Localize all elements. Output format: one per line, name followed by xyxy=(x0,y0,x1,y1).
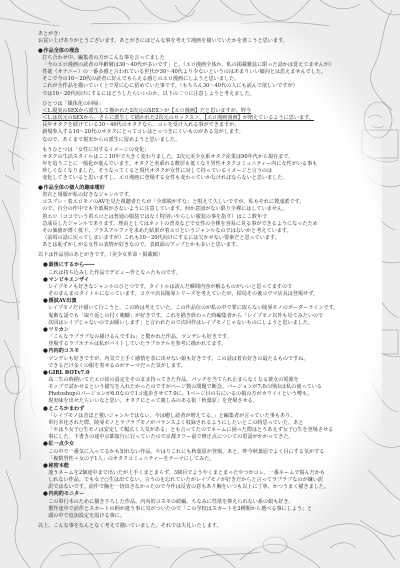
text-line: ひとつは「媒体化の回帰」 xyxy=(42,101,378,108)
work-body: 「レイプモノは昔ほど強いジャンルではない。今は癒し読者が増えてる。」と編集者が言… xyxy=(44,413,378,442)
work-title: ●内向的モニター xyxy=(43,491,378,498)
text-line: 「複数男性＋女の子1人」のオタクコミュニティーをテーマにしてみた。 xyxy=(48,456,378,463)
work-title: ●GIRL BOTv7.0 xyxy=(43,370,378,377)
bullet-icon: ● xyxy=(43,298,48,304)
text-line: 急成長したジャンルであります。理由としてはネットの普及などで女性の全裸を容易に見… xyxy=(42,221,378,228)
text-line: あとは恥ずかしがる女性の表情が好きなので、表紙面のアップとかも多いと思います。 xyxy=(42,242,378,249)
text-line: 変化してきていると思いますし、エロ漫画に登場する女性も変わっていかなければならな… xyxy=(42,175,378,182)
text-line: 現実味を出せたらいいなと思い、オタクにとって親しみのある街「秋葉原」を登場させる… xyxy=(48,398,378,405)
text-line: では10～20代向けにするにはどうしたらいいのか。以下の二つに注意しようと考えま… xyxy=(42,91,378,98)
section-preferences: ●作品全体の個人的趣味嗜好 着衣と規服が私の好きなジャンルです。 コスプレ・着エ… xyxy=(38,185,378,249)
work-title: ●内向的コスモ xyxy=(43,348,378,355)
closing-line: 以上、こんな事をなんとなく考えて描いていました。それでは失礼いたします。 xyxy=(38,523,378,530)
text-line: これは持ち込みした作品でデビュー作となったものです。 xyxy=(48,270,378,277)
work-body: レイプモノだけ描いて行こうと、この時は考えていた。この作品位のが私の中で罪に取ら… xyxy=(44,305,378,326)
work-title: ●マンビキエンザイ xyxy=(43,277,378,284)
text-line: そのまんまのタイトルになっています。コウマ店長陥辱シリーズを考えていたが、結局そ… xyxy=(48,291,378,298)
work-entry: ●秘密本能 違うネームを2個途中まで出いたが上手くまとまらず、3個目でようやくま… xyxy=(44,463,378,492)
afterword-thanks-line: お買い上げありがとうございます。あとがきにはどんな事を考えて漫画を描いていたかを… xyxy=(38,38,378,45)
work-entry: ●最後にするから―― これは持ち込みした作品でデビュー作となったものです。 xyxy=(44,262,378,276)
text-line: 事にした。下書きの途中京都旅行に行っていたので京都タワー前で修正点についての電話… xyxy=(48,434,378,441)
work-body: 違うネームを2個途中まで出いたが上手くまとまらず、3個目でようやくまとまったやつ… xyxy=(44,470,378,491)
bullet-icon: ● xyxy=(38,185,43,191)
section-title: 作品全体の個人的趣味嗜好 xyxy=(44,185,105,191)
work-entry: ●援試AV出演 レイプモノだけ描いて行こうと、この時は考えていた。この作品位のが… xyxy=(44,298,378,327)
bullet-icon: ● xyxy=(43,327,48,333)
text-line: 鬼畜な話でも「取り返しの付く範疇」が好きです。これを描き終わった時編集者から「レ… xyxy=(48,313,378,320)
text-line: 「レイプモノは昔ほど強いジャンルではない。今は癒し読者が増えてる。」と編集者が言… xyxy=(48,413,378,420)
work-entry: ●ところかまわず 「レイプモノは昔ほど強いジャンルではない。今は癒し読者が増えて… xyxy=(44,406,378,442)
text-line: 着エロ（ココでいう着エロとは普通の服装ではなく特別いやらしい服装の事を指す）はこ… xyxy=(42,214,378,221)
text-line: 単行本化された際、陵辱モノとラブラブモノがバランスよく収録されるようにしたいとこ… xyxy=(48,420,378,427)
text-line: 登場するラブホテルは私がバイトしていたラブホテルを参考に描かれてます。 xyxy=(48,341,378,348)
text-line: この単行本のために描き下ろした作品。内向的コスモの続編。ちなみに性欲を抑えられな… xyxy=(48,499,378,506)
text-line: 新規参入する10～20代のオタクにとってコレはとっつきにくいものがある気がします… xyxy=(42,129,378,136)
text-line: 打ち合わせ中、編集者の方がこんな事を言ってました xyxy=(42,55,378,62)
section-heading: ●作品全体の理念 xyxy=(38,48,378,55)
bullet-icon: ● xyxy=(43,277,48,283)
work-entry: ●紅一点少女 この中で一番気に入ってるかも知れない作品。やはりこれにも秋葉原が登… xyxy=(44,441,378,462)
work-title: ●ツリカン xyxy=(43,327,378,334)
work-title: ●ところかまわず xyxy=(43,406,378,413)
text-line: その価値が薄く低下、プラスアルファを求めた結果が着エロというジャンルなのではない… xyxy=(42,228,378,235)
text-line: レイプモノだけ描いて行こうと、この時は考えていた。この作品位のが私の中で罪に取ら… xyxy=(48,305,378,312)
text-line: 訳ではないです。前作で胸を一切出さなかったので今作は反省の意もあり胸をいつも以上… xyxy=(48,484,378,491)
work-entry: ●GIRL BOTv7.0 高二生の時描いてたエロ絵の設定をそのまま持ってきた作… xyxy=(44,370,378,406)
work-body: これは持ち込みした作品でデビュー作となったものです。 xyxy=(44,270,378,277)
text-line: 次回はレイプじゃないのでお願いします」と言われたので次回作はレイプモノじゃないも… xyxy=(48,320,378,327)
work-title: ●紅一点少女 xyxy=(43,441,378,448)
section-title: 作品全体の理念 xyxy=(44,48,80,54)
section-body: 打ち合わせ中、編集者の方がこんな事を言ってました 「今のエロ漫画の読者の年齢層は… xyxy=(38,55,378,183)
text-line: この中で一番気に入ってるかも知れない作品。やはりこれにも秋葉原が登場。あと、昨今… xyxy=(48,449,378,456)
text-line: これが全作品を描いていく上で常に心に留めていた事です。（もちろん30～40代の人… xyxy=(42,83,378,90)
work-entry: ●マンビキエンザイ レイプモノも好きなジャンルのひとつです。タイトルは読んだ瞬間… xyxy=(44,277,378,298)
work-entry: ●内向的コスモ ツンデレも好きですが、内気で上手く感情を表に出せない娘も好きです… xyxy=(44,348,378,369)
bullet-icon: ● xyxy=(38,48,43,54)
work-body: 「こんなラブラブなの描けるんですね」と驚かれた作品。ツンデレも好きです。 登場す… xyxy=(44,334,378,348)
works-intro-line: 以下は作品別のあとがきです。（美少女革命・掲載順） xyxy=(38,252,378,259)
work-title: ●秘密本能 xyxy=(43,463,378,470)
text-line: もうひとつは「女性に対するイメージの変化」 xyxy=(42,147,378,154)
bullet-icon: ● xyxy=(43,370,48,376)
bullet-icon: ● xyxy=(43,262,48,268)
text-line: 製作途中で前作とスカートの柄が違う事に気がついたので「この学校はスカートを2種類… xyxy=(48,506,378,513)
text-line: できるだけ多くの服を着せるのがテーマだった気がします。 xyxy=(48,363,378,370)
work-title: ●最後にするから―― xyxy=(43,262,378,269)
text-line: なので、あくまで現実からの派生に留めようと思いました。 xyxy=(42,137,378,144)
section-concept: ●作品全体の理念 打ち合わせ中、編集者の方がこんな事を言ってました 「今のエロ漫… xyxy=(38,48,378,183)
work-body: レイプモノも好きなジャンルのひとつです。タイトルは読んだ瞬間内容が解るものがいい… xyxy=(44,284,378,298)
works-list: ●最後にするから―― これは持ち込みした作品でデビュー作となったものです。 ●マ… xyxy=(38,262,378,520)
work-body: この単行本のために描き下ろした作品。内向的コスモの続編。ちなみに性欲を抑えられな… xyxy=(44,499,378,520)
bullet-icon: ● xyxy=(43,348,48,354)
work-body: この中で一番気に入ってるかも知れない作品。やはりこれにも秋葉原が登場。あと、昨今… xyxy=(44,449,378,463)
section-heading: ●作品全体の個人的趣味嗜好 xyxy=(38,185,378,192)
bullet-icon: ● xyxy=(43,441,48,447)
section-body: 着衣と規服が私の好きなジャンルです。 コスプレ・着エロモノのAVを見た視聴者たち… xyxy=(38,192,378,249)
work-entry: ●内向的モニター この単行本のために描き下ろした作品。内向的コスモの続編。ちなみ… xyxy=(44,491,378,520)
bullet-icon: ● xyxy=(43,491,48,497)
text-line: ので、自分の作中でも全部脱がさないように注意しています。何か意図がない限り全裸に… xyxy=(42,206,378,213)
text-line: オタクの生活スタイルはここ10年で大きく変わりました。2次元美少女系オタク産業は… xyxy=(42,154,378,161)
text-line: ツンデレも好きですが、内気で上手く感情を表に出せない娘も好きです。この話は着衣好… xyxy=(48,356,378,363)
text-line: 頭の中で追加設定を設ける事に。 xyxy=(48,513,378,520)
work-body: ツンデレも好きですが、内気で上手く感情を表に出せない娘も好きです。この話は着衣好… xyxy=(44,356,378,370)
work-entry: ●ツリカン 「こんなラブラブなの描けるんですね」と驚かれた作品。ツンデレも好きで… xyxy=(44,327,378,348)
bullet-icon: ● xyxy=(43,463,48,469)
work-body: 高二生の時描いてたエロ絵の設定をそのまま持ってきた作品。パッチを当てられ止まらな… xyxy=(44,377,378,406)
afterword-text: あとがき： お買い上げありがとうございます。あとがきにはどんな事を考えて漫画を描… xyxy=(38,31,378,530)
bullet-icon: ● xyxy=(43,406,48,412)
